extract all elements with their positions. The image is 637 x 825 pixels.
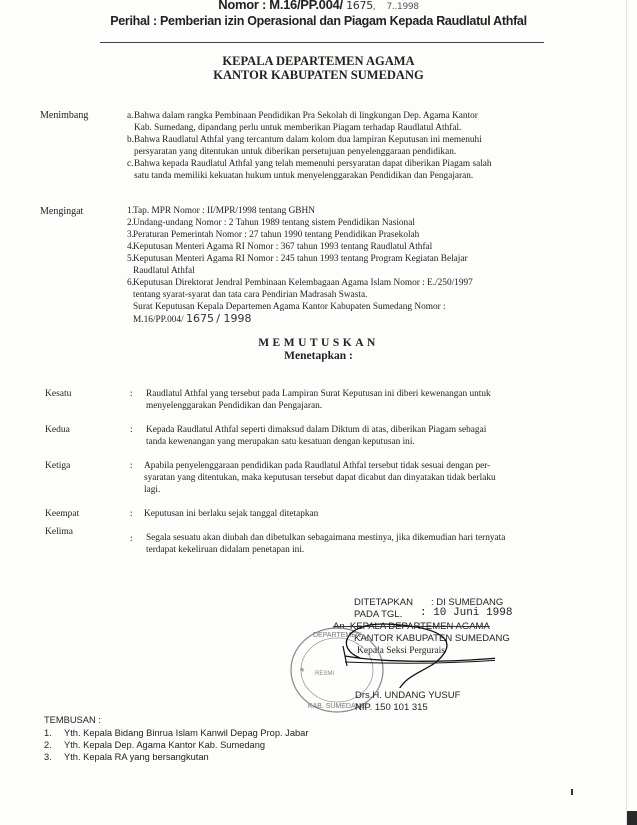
diktum-line: terdapat kekeliruan didalam penetapan in…	[146, 544, 550, 557]
office-title-2: KANTOR KABUPATEN SUMEDANG	[0, 68, 637, 83]
memutuskan-heading: MEMUTUSKAN	[0, 337, 637, 349]
ditetapkan-row: DITETAPKAN : DI SUMEDANG	[354, 597, 413, 609]
surat-number-prefix: M.16/PP.004/	[133, 315, 184, 325]
item-line: persyaratan yang ditentukan untuk diberi…	[134, 146, 541, 159]
item-marker: b.	[127, 135, 134, 145]
item-line: satu tanda memiliki kekuatan hukum untuk…	[134, 170, 544, 183]
tembusan-title: TEMBUSAN :	[44, 715, 101, 727]
nomor-year-handwritten: 7..1998	[386, 2, 418, 12]
item-line: Peraturan Pemerintah Nomor : 27 tahun 19…	[133, 229, 553, 242]
diktum-line: Apabila penyelenggaraan pendidikan pada …	[144, 460, 548, 473]
surat-year-handwritten: / 1998	[216, 312, 251, 325]
signature-icon	[325, 618, 495, 688]
diktum-line: menyelenggarakan Pendidikan dan Pengajar…	[146, 400, 546, 413]
item-line: Kab. Sumedang, dipandang perlu untuk mem…	[134, 122, 541, 135]
nomor-label: Nomor : M.16/PP.004/	[218, 0, 343, 12]
mengingat-label: Mengingat	[40, 206, 83, 217]
item-number: 3.	[44, 752, 64, 764]
item-line: Bahwa Raudlatul Athfal yang tercantum da…	[134, 134, 541, 147]
item-marker: a.	[127, 111, 133, 121]
diktum-label: Kesatu	[45, 389, 71, 399]
diktum-line: Kepada Raudlatul Athfal seperti dimaksud…	[146, 424, 550, 437]
signatory-name: Drs.H. UNDANG YUSUF	[355, 690, 460, 702]
letter-number: Nomor : M.16/PP.004/ 1675, 7..1998	[0, 0, 637, 12]
diktum-colon: :	[130, 425, 133, 435]
diktum-label: Ketiga	[45, 461, 70, 471]
diktum-line: lagi.	[144, 484, 548, 497]
nomor-handwritten: 1675	[346, 0, 373, 12]
item-line: Raudlatul Athfal	[133, 265, 553, 278]
diktum-label: Kelima	[45, 527, 73, 537]
item-text: Yth. Kepala Dep. Agama Kantor Kab. Sumed…	[64, 740, 265, 750]
divider	[100, 42, 544, 43]
diktum-line: Segala sesuatu akan diubah dan dibetulka…	[146, 532, 550, 545]
item-number: 2.	[44, 740, 64, 752]
office-title-1: KEPALA DEPARTEMEN AGAMA	[0, 54, 637, 69]
item-line: Keputusan Menteri Agama RI Nomor : 245 t…	[133, 253, 553, 266]
diktum-label: Kedua	[45, 425, 70, 435]
scan-corner	[627, 811, 637, 825]
item-text: Yth. Kepala Bidang Binrua Islam Kanwil D…	[64, 728, 308, 738]
item-line: tentang syarat-syarat dan tata cara Pend…	[133, 289, 553, 302]
item-line: Keputusan Menteri Agama RI Nomor : 367 t…	[133, 241, 553, 254]
decree-document: Nomor : M.16/PP.004/ 1675, 7..1998 Perih…	[0, 0, 637, 825]
diktum-line: Raudlatul Athfal yang tersebut pada Lamp…	[146, 388, 546, 401]
item-line: Tap. MPR Nomor : II/MPR/1998 tentang GBH…	[133, 205, 553, 218]
item-line: Bahwa kepada Raudlatul Athfal yang telah…	[134, 158, 544, 171]
diktum-line: syaratan yang ditentukan, maka keputusan…	[144, 472, 548, 485]
list-item: 1.Yth. Kepala Bidang Binrua Islam Kanwil…	[44, 728, 308, 740]
diktum-label: Keempat	[45, 509, 79, 519]
item-line: Undang-undang Nomor : 2 Tahun 1989 tenta…	[133, 217, 553, 230]
subject-line: Perihal : Pemberian izin Operasional dan…	[0, 14, 637, 28]
diktum-line: Keputusan ini berlaku sejak tanggal dite…	[144, 508, 548, 521]
scan-speck	[571, 789, 573, 795]
diktum-colon: :	[130, 534, 133, 544]
svg-text:★: ★	[299, 666, 305, 674]
signatory-nip: NIP. 150 101 315	[355, 702, 428, 714]
menimbang-label: Menimbang	[40, 110, 88, 121]
surat-keputusan-number: M.16/PP.004/ 1675 / 1998	[133, 313, 553, 327]
diktum-colon: :	[130, 461, 133, 471]
item-marker: c.	[127, 159, 133, 169]
menetapkan-heading: Menetapkan :	[0, 350, 637, 362]
surat-number-handwritten: 1675	[186, 312, 214, 325]
item-number: 1.	[44, 728, 64, 740]
ditetapkan-label: DITETAPKAN	[354, 597, 413, 608]
page-edge	[626, 0, 627, 825]
item-line: Keputusan Direktorat Jendral Pembinaan K…	[133, 277, 553, 290]
diktum-colon: :	[130, 509, 133, 519]
diktum-line: tanda kewenangan yang merupakan satu kes…	[146, 436, 550, 449]
diktum-colon: :	[130, 389, 133, 399]
item-text: Yth. Kepala RA yang bersangkutan	[64, 752, 209, 762]
list-item: 2.Yth. Kepala Dep. Agama Kantor Kab. Sum…	[44, 740, 265, 752]
item-line: Bahwa dalam rangka Pembinaan Pendidikan …	[134, 110, 541, 123]
list-item: 3.Yth. Kepala RA yang bersangkutan	[44, 752, 209, 764]
